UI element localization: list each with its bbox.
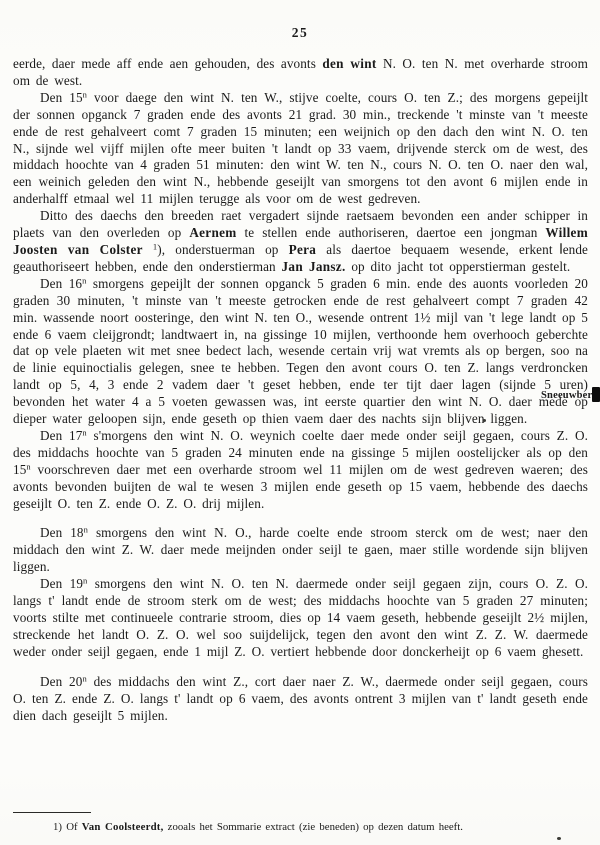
entry-den-20: Den 20n des middachs den wint Z., cort d…: [13, 674, 588, 725]
entry-den-18: Den 18n smorgens den wint N. O., harde c…: [13, 525, 588, 576]
journal-text-block: eerde, daer mede aff ende aen gehouden, …: [13, 56, 588, 724]
entry-ditto-raet: Ditto des daechs den breeden raet vergad…: [13, 208, 588, 276]
entry-den-17: Den 17n s'morgens den wint N. O. weynich…: [13, 428, 588, 513]
scan-artifact-speck: [483, 419, 486, 422]
book-page: 25 eerde, daer mede aff ende aen gehoude…: [0, 0, 600, 845]
scan-artifact-edge-blob: [592, 387, 600, 402]
entry-den-15: Den 15n voor daege den wint N. ten W., s…: [13, 90, 588, 208]
entry-den-16: Den 16n smorgens gepeijlt der sonnen opg…: [13, 276, 588, 428]
footnote: 1) Of Van Coolsteerdt, zooals het Sommar…: [53, 820, 582, 834]
page-number: 25: [0, 25, 600, 41]
scan-artifact-speck: [557, 837, 561, 840]
scan-artifact-edge-tick: [560, 243, 562, 254]
footnote-rule: [13, 812, 91, 813]
entry-den-19: Den 19n smorgens den wint N. O. ten N. d…: [13, 576, 588, 661]
continuation-paragraph: eerde, daer mede aff ende aen gehouden, …: [13, 56, 588, 90]
